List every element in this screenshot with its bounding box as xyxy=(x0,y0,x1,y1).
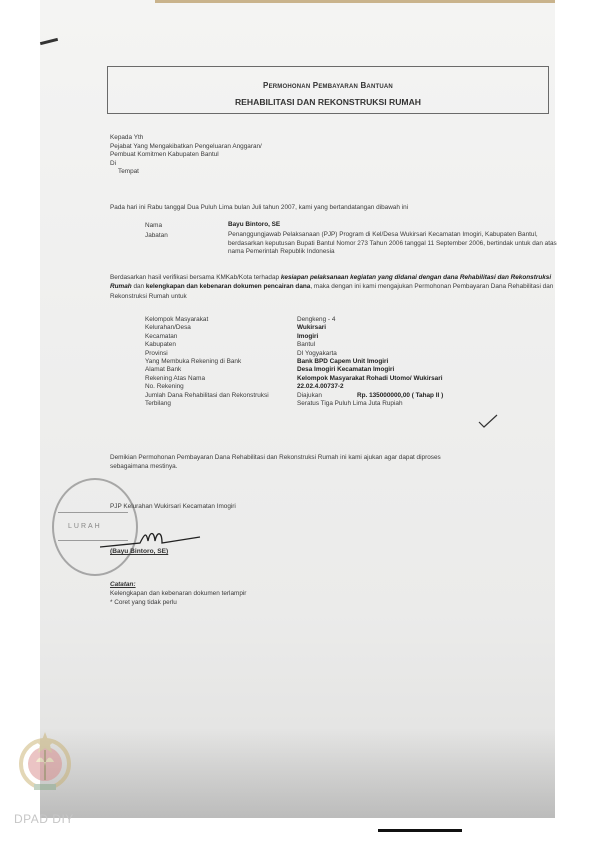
detail-label: Yang Membuka Rekening di Bank xyxy=(145,358,241,365)
note-item: Kelengkapan dan kebenaran dokumen terlam… xyxy=(110,590,246,599)
detail-label: Kelompok Masyarakat xyxy=(145,316,208,323)
detail-label: Alamat Bank xyxy=(145,366,181,373)
title-line-1: Permohonan Pembayaran Bantuan xyxy=(108,81,548,90)
detail-value: Dengkeng - 4 xyxy=(297,316,335,323)
detail-value: Diajukan xyxy=(297,392,322,399)
bottom-bar xyxy=(378,829,462,832)
detail-row: Rekening Atas NamaKelompok Masyarakat Ro… xyxy=(145,375,565,383)
detail-row: Yang Membuka Rekening di BankBank BPD Ca… xyxy=(145,358,565,366)
detail-label: Terbilang xyxy=(145,400,171,407)
detail-value: Wukirsari xyxy=(297,324,326,331)
watermark: DPAD DIY xyxy=(14,812,74,826)
intro-text: Pada hari ini Rabu tanggal Dua Puluh Lim… xyxy=(110,204,408,213)
addressee-line: Di xyxy=(110,160,262,169)
detail-row: Kelompok MasyarakatDengkeng - 4 xyxy=(145,316,565,324)
detail-row: Jumlah Dana Rehabilitasi dan Rekonstruks… xyxy=(145,392,565,400)
signatory-name: (Bayu Bintoro, SE) xyxy=(110,548,168,555)
detail-row: Alamat BankDesa Imogiri Kecamatan Imogir… xyxy=(145,366,565,374)
checkmark-icon xyxy=(478,414,498,428)
closing-text: Demikian Permohonan Pembayaran Dana Reha… xyxy=(110,453,441,471)
detail-label: Rekening Atas Nama xyxy=(145,375,205,382)
government-emblem-icon xyxy=(14,728,76,798)
detail-row: KabupatenBantul xyxy=(145,341,565,349)
note-item: * Coret yang tidak perlu xyxy=(110,599,246,608)
stamp-text: LURAH xyxy=(68,523,102,530)
detail-label: Kabupaten xyxy=(145,341,176,348)
addressee-line: Kepada Yth xyxy=(110,134,262,143)
detail-row: No. Rekening22.02.4.00737-2 xyxy=(145,383,565,391)
addressee-line: Pembuat Komitmen Kabupaten Bantul xyxy=(110,151,262,160)
title-box: Permohonan Pembayaran Bantuan REHABILITA… xyxy=(107,66,549,114)
body-paragraph: Berdasarkan hasil verifikasi bersama KMK… xyxy=(110,273,556,301)
detail-row: Kelurahan/DesaWukirsari xyxy=(145,324,565,332)
name-label: Nama xyxy=(145,222,162,229)
detail-value: Imogiri xyxy=(297,333,318,340)
detail-label: Kelurahan/Desa xyxy=(145,324,191,331)
detail-value: 22.02.4.00737-2 xyxy=(297,383,344,390)
detail-label: No. Rekening xyxy=(145,383,184,390)
desk-edge xyxy=(155,0,555,3)
detail-value: Kelompok Masyarakat Rohadi Utomo/ Wukirs… xyxy=(297,375,442,382)
detail-value: Desa Imogiri Kecamatan Imogiri xyxy=(297,366,394,373)
position-label: Jabatan xyxy=(145,232,168,239)
detail-label: Jumlah Dana Rehabilitasi dan Rekonstruks… xyxy=(145,392,269,399)
detail-value: Bantul xyxy=(297,341,315,348)
detail-value: Seratus Tiga Puluh Lima Juta Rupiah xyxy=(297,400,403,407)
details-table: Kelompok MasyarakatDengkeng - 4Kelurahan… xyxy=(145,316,565,408)
notes-heading: Catatan: xyxy=(110,581,136,588)
emphasis-text: kelengkapan dan kebenaran dokumen pencai… xyxy=(146,283,310,290)
detail-value: Bank BPD Capem Unit Imogiri xyxy=(297,358,388,365)
amount-value: Rp. 135000000,00 ( Tahap II ) xyxy=(357,392,443,399)
position-value: Penanggungjawab Pelaksanaan (PJP) Progra… xyxy=(228,231,558,257)
detail-row: ProvinsiDI Yogyakarta xyxy=(145,350,565,358)
detail-label: Kecamatan xyxy=(145,333,177,340)
detail-value: DI Yogyakarta xyxy=(297,350,337,357)
detail-row: KecamatanImogiri xyxy=(145,333,565,341)
stamp-line xyxy=(58,512,128,513)
paper-shadow xyxy=(40,728,555,818)
notes-list: Kelengkapan dan kebenaran dokumen terlam… xyxy=(110,590,246,607)
detail-row: TerbilangSeratus Tiga Puluh Lima Juta Ru… xyxy=(145,400,565,408)
title-line-2: REHABILITASI DAN REKONSTRUKSI RUMAH xyxy=(108,97,548,107)
addressee-line: Tempat xyxy=(110,168,262,177)
scanned-paper xyxy=(40,0,555,818)
signature-title: PJP Kelurahan Wukirsari Kecamatan Imogir… xyxy=(110,503,236,512)
addressee-block: Kepada Yth Pejabat Yang Mengakibatkan Pe… xyxy=(110,134,262,177)
name-value: Bayu Bintoro, SE xyxy=(228,221,558,230)
addressee-line: Pejabat Yang Mengakibatkan Pengeluaran A… xyxy=(110,143,262,152)
detail-label: Provinsi xyxy=(145,350,168,357)
